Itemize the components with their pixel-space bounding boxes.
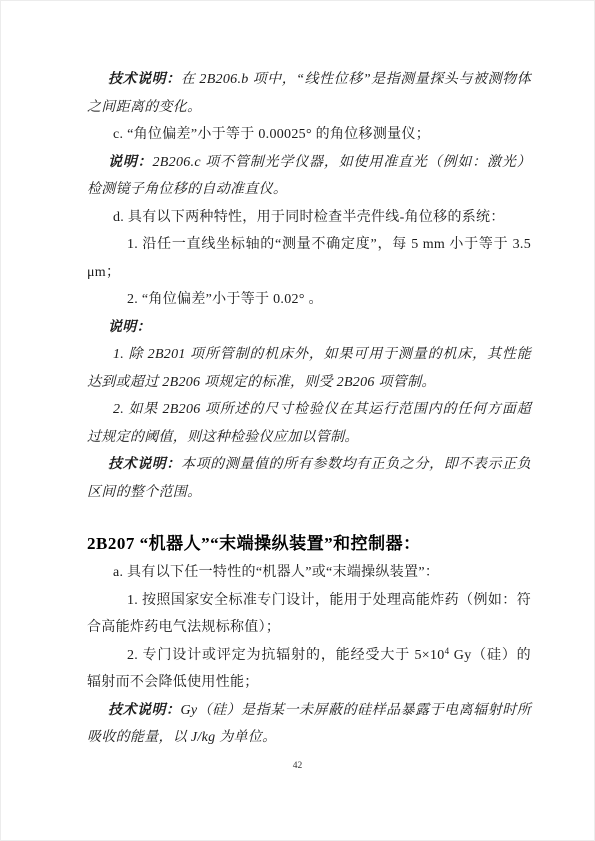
page-number: 42	[1, 759, 594, 773]
tech-note-label: 技术说明：	[108, 457, 181, 472]
item-text-before-superscript: 2. 专门设计或评定为抗辐射的，能经受大于 5×10	[127, 648, 445, 663]
tech-note-measurement: 技术说明：本项的测量值的所有参数均有正负之分，即不表示正负区间的整个范围。	[87, 451, 531, 506]
list-item-a: a. 具有以下任一特性的“机器人”或“末端操纵装置”：	[87, 559, 531, 587]
tech-note-2b206b: 技术说明：在 2B206.b 项中，“线性位移”是指测量探头与被测物体之间距离的…	[87, 66, 531, 121]
list-item-a2: 2. 专门设计或评定为抗辐射的，能经受大于 5×104 Gy（硅）的辐射而不会降…	[87, 642, 531, 697]
note-list-item-2: 2. 如果 2B206 项所述的尺寸检验仪在其运行范围内的任何方面超过规定的阈值…	[87, 396, 531, 451]
list-item-d: d. 具有以下两种特性，用于同时检查半壳件线-角位移的系统：	[87, 204, 531, 232]
note-text: 2B206.c 项不管制光学仪器，如使用准直光（例如：激光）检测镜子角位移的自动…	[87, 155, 531, 198]
note-standalone: 说明：	[87, 314, 531, 342]
tech-note-label: 技术说明：	[108, 703, 181, 718]
list-item-c: c. “角位偏差”小于等于 0.00025° 的角位移测量仪；	[87, 121, 531, 149]
document-body: 技术说明：在 2B206.b 项中，“线性位移”是指测量探头与被测物体之间距离的…	[87, 66, 531, 752]
tech-note-label: 技术说明：	[108, 72, 181, 87]
list-item-d1: 1. 沿任一直线坐标轴的“测量不确定度”，每 5 mm 小于等于 3.5 μm；	[87, 231, 531, 286]
superscript-exponent: 4	[445, 646, 450, 656]
tech-note-gy: 技术说明：Gy（硅）是指某一未屏蔽的硅样品暴露于电离辐射时所吸收的能量，以 J/…	[87, 697, 531, 752]
note-2b206c: 说明：2B206.c 项不管制光学仪器，如使用准直光（例如：激光）检测镜子角位移…	[87, 149, 531, 204]
section-heading-2b207: 2B207 “机器人”“末端操纵装置”和控制器：	[87, 529, 531, 559]
list-item-d2: 2. “角位偏差”小于等于 0.02° 。	[87, 286, 531, 314]
note-label: 说明：	[108, 320, 151, 335]
list-item-a1: 1. 按照国家安全标准专门设计，能用于处理高能炸药（例如：符合高能炸药电气法规标…	[87, 587, 531, 642]
note-list-item-1: 1. 除 2B201 项所管制的机床外，如果可用于测量的机床，其性能达到或超过 …	[87, 341, 531, 396]
note-label: 说明：	[108, 155, 153, 170]
document-page: 技术说明：在 2B206.b 项中，“线性位移”是指测量探头与被测物体之间距离的…	[0, 0, 595, 841]
